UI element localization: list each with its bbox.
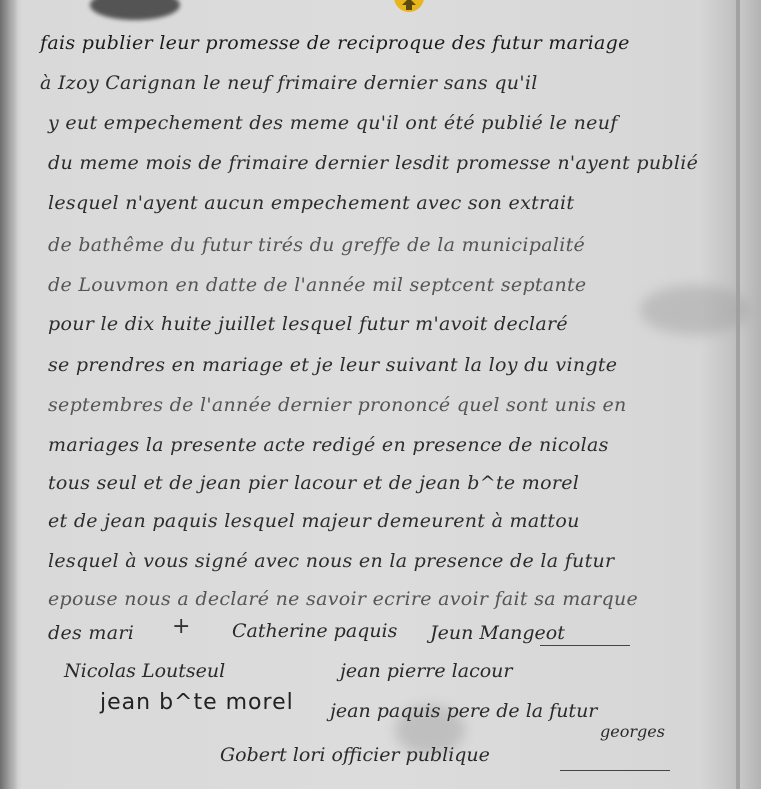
record-line-14: lesquel à vous signé avec nous en la pre… <box>48 550 614 572</box>
document-page: fais publier leur promesse de reciproque… <box>0 0 761 789</box>
record-line-8: pour le dix huite juillet lesquel futur … <box>48 313 568 335</box>
signature-georges: georges <box>600 722 665 741</box>
record-line-5: lesquel n'ayent aucun empechement avec s… <box>48 192 574 214</box>
record-line-4: du meme mois de frimaire dernier lesdit … <box>48 152 698 174</box>
record-line-12: tous seul et de jean pier lacour et de j… <box>48 472 579 494</box>
record-line-2: à Izoy Carignan le neuf frimaire dernier… <box>40 72 538 94</box>
signature-mangeot: Jeun Mangeot <box>430 622 565 644</box>
record-line-10: septembres de l'année dernier prononcé q… <box>48 394 627 416</box>
page-left-edge <box>0 0 18 789</box>
ink-blot <box>90 0 180 20</box>
bride-name: Catherine paquis <box>232 620 397 642</box>
signature-flourish <box>540 645 630 646</box>
signature-officer: Gobert lori officier publique <box>220 744 490 766</box>
cross-mark: + <box>172 614 190 639</box>
signature-flourish <box>560 770 670 771</box>
record-line-1: fais publier leur promesse de reciproque… <box>40 32 630 54</box>
record-line-3: y eut empechement des meme qu'il ont été… <box>48 112 618 134</box>
record-line-6: de bathême du futur tirés du greffe de l… <box>48 234 585 256</box>
signature-lacour: jean pierre lacour <box>340 660 512 682</box>
page-right-edge <box>740 0 761 789</box>
record-line-16: des mari <box>48 622 134 644</box>
record-line-11: mariages la presente acte redigé en pres… <box>48 434 609 456</box>
arrow-up-icon <box>402 0 416 10</box>
scroll-up-button[interactable] <box>394 0 424 12</box>
record-line-13: et de jean paquis lesquel majeur demeure… <box>48 510 580 532</box>
record-line-7: de Louvmon en datte de l'année mil septc… <box>48 274 586 296</box>
signature-morel: jean b^te morel <box>100 690 294 715</box>
record-line-15: epouse nous a declaré ne savoir ecrire a… <box>48 588 638 610</box>
signature-nicolas: Nicolas Loutseul <box>64 660 225 682</box>
signature-paquis: jean paquis pere de la futur <box>330 700 597 722</box>
water-stain <box>640 285 750 335</box>
record-line-9: se prendres en mariage et je leur suivan… <box>48 354 617 376</box>
